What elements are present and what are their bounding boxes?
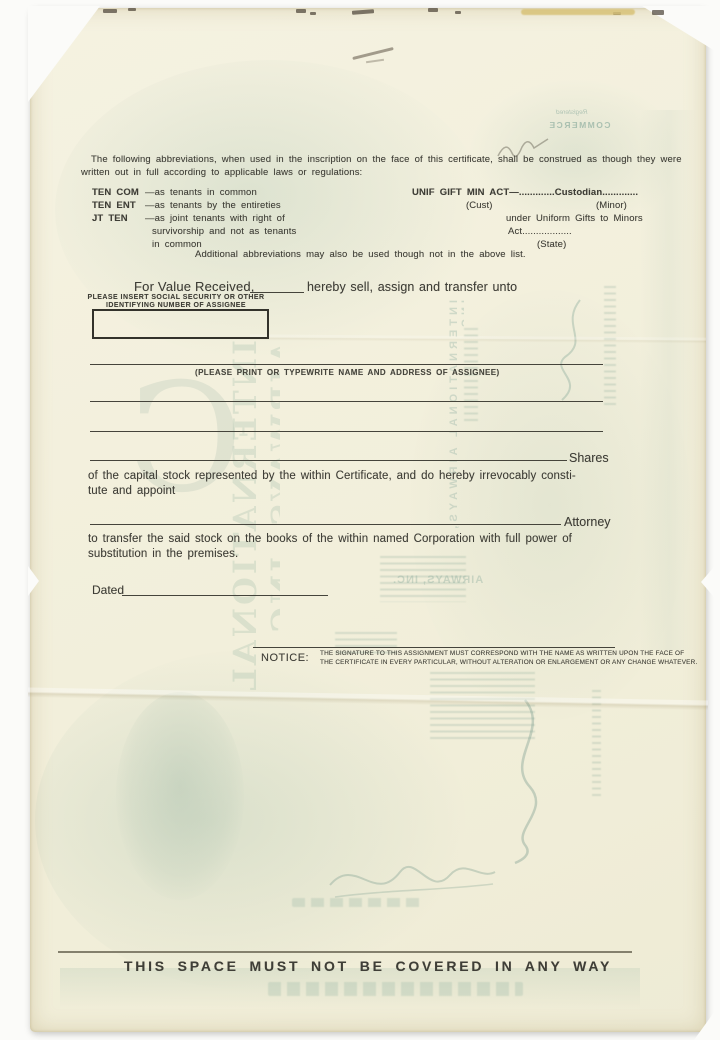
constitute-paragraph: of the capital stock represented by the … <box>88 469 576 499</box>
constitute-line2: tute and appoint <box>88 484 576 499</box>
signature-line <box>253 647 615 648</box>
edge-debris <box>428 8 438 12</box>
edge-debris <box>103 9 117 13</box>
unif-gift-cust-label: (Cust) <box>466 199 493 212</box>
edge-debris <box>310 12 316 15</box>
unif-gift-minor-label: (Minor) <box>596 199 627 212</box>
notice-text-line1: THE SIGNATURE TO THIS ASSIGNMENT MUST CO… <box>320 650 697 659</box>
abbr-code-ten-ent: TEN ENT <box>92 199 136 212</box>
footer-warning: THIS SPACE MUST NOT BE COVERED IN ANY WA… <box>30 958 706 974</box>
for-value-received-label: For Value Received, <box>134 279 255 294</box>
footer-divider-line <box>58 951 632 953</box>
shares-label: Shares <box>569 451 609 465</box>
transfer-line2: substitution in the premises. <box>88 547 572 562</box>
transfer-clause: hereby sell, assign and transfer unto <box>307 280 517 294</box>
assignee-id-box <box>92 309 269 339</box>
attorney-blank-line <box>90 524 561 525</box>
abbr-code-jt-ten: JT TEN <box>92 212 128 225</box>
additional-abbreviations-note: Additional abbreviations may also be use… <box>195 248 526 261</box>
ssn-box-label: PLEASE INSERT SOCIAL SECURITY OR OTHER I… <box>85 294 267 310</box>
transfer-line1: to transfer the said stock on the books … <box>88 532 572 547</box>
transfer-paragraph: to transfer the said stock on the books … <box>88 532 572 562</box>
assignee-line-3 <box>90 431 603 432</box>
assignee-hint: (PLEASE PRINT OR TYPEWRITE NAME AND ADDR… <box>195 368 500 377</box>
assignee-line-2 <box>90 401 603 402</box>
dated-blank-line <box>122 595 328 596</box>
scanned-stock-certificate-back: C INTERNATIONAL AIRWAYS, INC INTERNATION… <box>0 0 720 1040</box>
abbreviations-intro: The following abbreviations, when used i… <box>81 153 682 179</box>
ssn-box-label-line1: PLEASE INSERT SOCIAL SECURITY OR OTHER <box>85 294 267 302</box>
notice-label: NOTICE: <box>261 652 309 664</box>
dated-label: Dated <box>92 583 124 597</box>
abbreviations-intro-line1: The following abbreviations, when used i… <box>81 153 682 166</box>
unif-gift-line3: under Uniform Gifts to Minors <box>506 212 643 225</box>
constitute-line1: of the capital stock represented by the … <box>88 469 576 484</box>
shares-blank-line <box>90 460 567 461</box>
notice-text-line2: THE CERTIFICATE IN EVERY PARTICULAR, WIT… <box>320 659 697 668</box>
edge-debris <box>652 10 664 15</box>
abbr-def-jt-ten-line1: —as joint tenants with right of <box>145 212 285 225</box>
unif-gift-line1: UNIF GIFT MIN ACT—.............Custodian… <box>412 186 638 199</box>
edge-yellow-streak <box>521 9 635 15</box>
edge-debris <box>455 11 461 14</box>
abbr-def-ten-com: —as tenants in common <box>145 186 257 199</box>
abbr-code-ten-com: TEN COM <box>92 186 139 199</box>
notice-text: THE SIGNATURE TO THIS ASSIGNMENT MUST CO… <box>320 650 697 667</box>
value-received-blank-line <box>250 292 304 293</box>
attorney-label: Attorney <box>564 515 611 529</box>
abbreviations-intro-line2: written out in full according to applica… <box>81 166 682 179</box>
unif-gift-line4: Act.................. <box>508 225 572 238</box>
abbr-def-jt-ten-line2: survivorship and not as tenants <box>152 225 296 238</box>
abbr-def-ten-ent: —as tenants by the entireties <box>145 199 281 212</box>
printed-content-layer: The following abbreviations, when used i… <box>0 0 720 1040</box>
edge-debris <box>128 8 136 11</box>
edge-debris <box>296 9 306 13</box>
unif-gift-state-label: (State) <box>537 238 566 251</box>
assignee-line-1 <box>90 364 603 365</box>
